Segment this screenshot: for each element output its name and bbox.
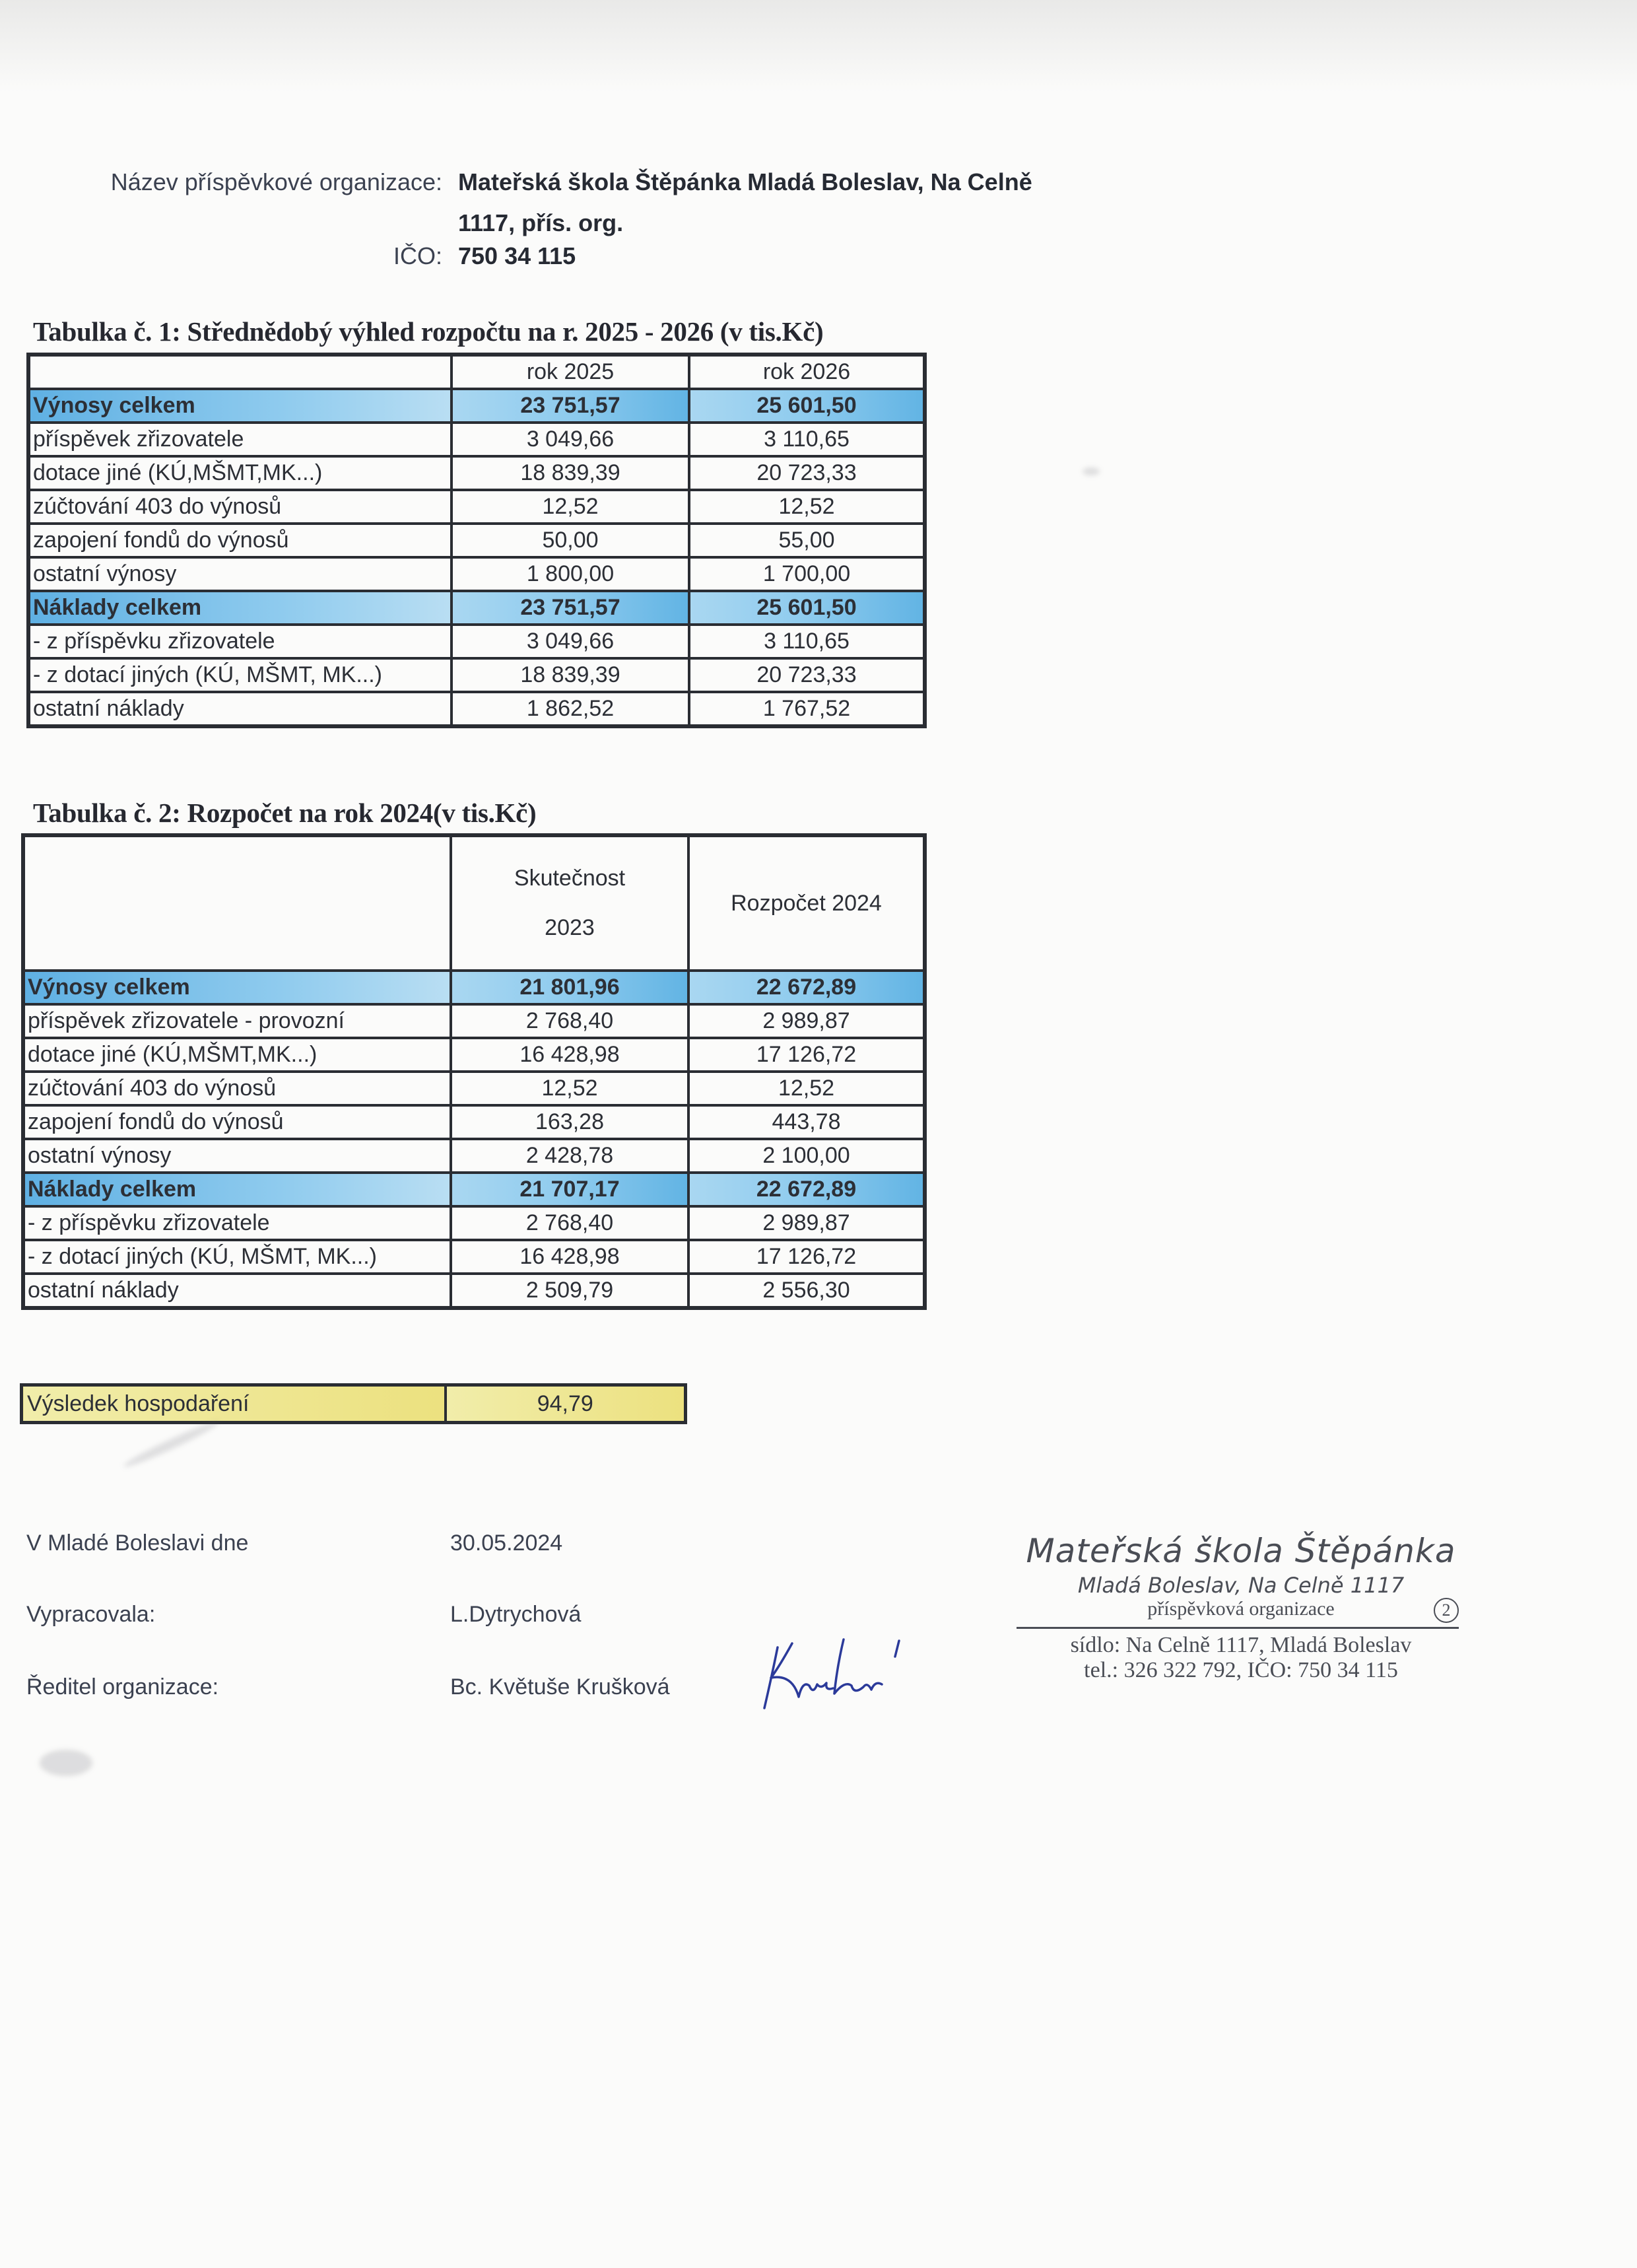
value-cell: 23 751,57 <box>451 591 689 625</box>
value-cell: 12,52 <box>689 490 925 524</box>
value-cell: 22 672,89 <box>688 1173 925 1206</box>
table-row: - z dotací jiných (KÚ, MŠMT, MK...)16 42… <box>23 1240 925 1274</box>
table-header-row: rok 2025 rok 2026 <box>28 355 925 389</box>
table1-midterm-outlook: rok 2025 rok 2026 Výnosy celkem23 751,57… <box>26 353 927 728</box>
header-cell: rok 2026 <box>689 355 925 389</box>
value-cell: 3 049,66 <box>451 625 689 658</box>
table-row: zúčtování 403 do výnosů12,5212,52 <box>28 490 925 524</box>
value-cell: 2 428,78 <box>451 1139 688 1173</box>
header-line: Skutečnost <box>455 857 685 900</box>
organization-stamp: Mateřská škola Štěpánka Mladá Boleslav, … <box>1010 1532 1472 1683</box>
table-row: - z příspěvku zřizovatele3 049,663 110,6… <box>28 625 925 658</box>
header-cell <box>28 355 451 389</box>
row-label: - z příspěvku zřizovatele <box>28 625 451 658</box>
scan-smudge <box>40 1750 92 1776</box>
row-label: - z dotací jiných (KÚ, MŠMT, MK...) <box>28 658 451 692</box>
ico-value: 750 34 115 <box>458 242 576 270</box>
value-cell: 1 862,52 <box>451 692 689 726</box>
value-cell: 12,52 <box>451 1072 688 1105</box>
value-cell: 2 989,87 <box>688 1004 925 1038</box>
value-cell: 55,00 <box>689 524 925 557</box>
total-row: Náklady celkem23 751,5725 601,50 <box>28 591 925 625</box>
row-label: příspěvek zřizovatele - provozní <box>23 1004 451 1038</box>
row-label: zapojení fondů do výnosů <box>28 524 451 557</box>
result-label: Výsledek hospodaření <box>22 1385 446 1423</box>
value-cell: 3 110,65 <box>689 423 925 456</box>
value-cell: 50,00 <box>451 524 689 557</box>
date-value: 30.05.2024 <box>450 1530 562 1556</box>
stamp-number-icon: 2 <box>1434 1598 1459 1623</box>
table-row: příspěvek zřizovatele - provozní2 768,40… <box>23 1004 925 1038</box>
stamp-name: Mateřská škola Štěpánka <box>1010 1532 1472 1570</box>
total-row: Výnosy celkem21 801,9622 672,89 <box>23 971 925 1004</box>
row-label: Výnosy celkem <box>28 389 451 423</box>
place-label: V Mladé Boleslavi dne <box>26 1530 248 1556</box>
value-cell: 18 839,39 <box>451 658 689 692</box>
value-cell: 18 839,39 <box>451 456 689 490</box>
row-label: příspěvek zřizovatele <box>28 423 451 456</box>
row-label: dotace jiné (KÚ,MŠMT,MK...) <box>23 1038 451 1072</box>
header-cell-actual-2023: Skutečnost 2023 <box>451 835 688 971</box>
value-cell: 2 989,87 <box>688 1206 925 1240</box>
scan-smudge <box>122 1418 222 1470</box>
prepared-label: Vypracovala: <box>26 1602 155 1628</box>
total-row: Výnosy celkem23 751,5725 601,50 <box>28 389 925 423</box>
value-cell: 443,78 <box>688 1105 925 1139</box>
value-cell: 16 428,98 <box>451 1038 688 1072</box>
value-cell: 21 707,17 <box>451 1173 688 1206</box>
table-row: ostatní výnosy2 428,782 100,00 <box>23 1139 925 1173</box>
table-row: zapojení fondů do výnosů163,28443,78 <box>23 1105 925 1139</box>
table-row: zúčtování 403 do výnosů12,5212,52 <box>23 1072 925 1105</box>
row-label: ostatní náklady <box>23 1274 451 1308</box>
value-cell: 3 049,66 <box>451 423 689 456</box>
row-label: zúčtování 403 do výnosů <box>28 490 451 524</box>
row-label: zapojení fondů do výnosů <box>23 1105 451 1139</box>
row-label: ostatní výnosy <box>28 557 451 591</box>
stamp-contact: tel.: 326 322 792, IČO: 750 34 115 <box>1010 1658 1472 1683</box>
row-label: - z dotací jiných (KÚ, MŠMT, MK...) <box>23 1240 451 1274</box>
director-name: Bc. Květuše Krušková <box>450 1674 670 1700</box>
value-cell: 17 126,72 <box>688 1240 925 1274</box>
value-cell: 1 800,00 <box>451 557 689 591</box>
value-cell: 20 723,33 <box>689 658 925 692</box>
header-cell <box>23 835 451 971</box>
stamp-type-text: příspěvková organizace <box>1147 1598 1335 1620</box>
row-label: Náklady celkem <box>28 591 451 625</box>
value-cell: 23 751,57 <box>451 389 689 423</box>
table-row: zapojení fondů do výnosů50,0055,00 <box>28 524 925 557</box>
table-row: dotace jiné (KÚ,MŠMT,MK...)16 428,9817 1… <box>23 1038 925 1072</box>
value-cell: 1 767,52 <box>689 692 925 726</box>
stamp-type: příspěvková organizace 2 <box>1010 1598 1472 1620</box>
value-cell: 3 110,65 <box>689 625 925 658</box>
table-row: - z příspěvku zřizovatele2 768,402 989,8… <box>23 1206 925 1240</box>
table1-title: Tabulka č. 1: Střednědobý výhled rozpočt… <box>33 316 823 347</box>
value-cell: 2 509,79 <box>451 1274 688 1308</box>
value-cell: 2 556,30 <box>688 1274 925 1308</box>
table-row: dotace jiné (KÚ,MŠMT,MK...)18 839,3920 7… <box>28 456 925 490</box>
table-header-row: Skutečnost 2023 Rozpočet 2024 <box>23 835 925 971</box>
table-row: - z dotací jiných (KÚ, MŠMT, MK...)18 83… <box>28 658 925 692</box>
value-cell: 163,28 <box>451 1105 688 1139</box>
ico-label: IČO: <box>0 242 442 270</box>
value-cell: 2 768,40 <box>451 1004 688 1038</box>
row-label: Výnosy celkem <box>23 971 451 1004</box>
table-row: ostatní výnosy1 800,001 700,00 <box>28 557 925 591</box>
value-cell: 12,52 <box>451 490 689 524</box>
scan-shadow <box>0 0 1637 92</box>
org-name-line1: Mateřská škola Štěpánka Mladá Boleslav, … <box>458 168 1032 196</box>
row-label: ostatní náklady <box>28 692 451 726</box>
row-label: dotace jiné (KÚ,MŠMT,MK...) <box>28 456 451 490</box>
result-value: 94,79 <box>446 1385 686 1423</box>
director-label: Ředitel organizace: <box>26 1674 218 1700</box>
value-cell: 21 801,96 <box>451 971 688 1004</box>
row-label: ostatní výnosy <box>23 1139 451 1173</box>
org-name-line2: 1117, přís. org. <box>458 209 623 237</box>
header-line: 2023 <box>455 907 685 949</box>
row-label: zúčtování 403 do výnosů <box>23 1072 451 1105</box>
header-cell: rok 2025 <box>451 355 689 389</box>
value-cell: 25 601,50 <box>689 389 925 423</box>
stamp-address: Mladá Boleslav, Na Celně 1117 <box>1010 1573 1472 1598</box>
table2-budget-2024: Skutečnost 2023 Rozpočet 2024 Výnosy cel… <box>21 833 927 1310</box>
table-row: ostatní náklady2 509,792 556,30 <box>23 1274 925 1308</box>
value-cell: 2 768,40 <box>451 1206 688 1240</box>
row-label: - z příspěvku zřizovatele <box>23 1206 451 1240</box>
value-cell: 2 100,00 <box>688 1139 925 1173</box>
total-row: Náklady celkem21 707,1722 672,89 <box>23 1173 925 1206</box>
scan-smudge <box>1083 467 1100 475</box>
handwritten-signature-icon <box>752 1634 911 1713</box>
value-cell: 22 672,89 <box>688 971 925 1004</box>
table-row: příspěvek zřizovatele3 049,663 110,65 <box>28 423 925 456</box>
org-label: Název příspěvkové organizace: <box>0 168 442 196</box>
value-cell: 16 428,98 <box>451 1240 688 1274</box>
value-cell: 25 601,50 <box>689 591 925 625</box>
value-cell: 1 700,00 <box>689 557 925 591</box>
value-cell: 20 723,33 <box>689 456 925 490</box>
row-label: Náklady celkem <box>23 1173 451 1206</box>
table2-title: Tabulka č. 2: Rozpočet na rok 2024(v tis… <box>33 797 536 829</box>
prepared-by: L.Dytrychová <box>450 1602 581 1628</box>
value-cell: 17 126,72 <box>688 1038 925 1072</box>
stamp-seat: sídlo: Na Celně 1117, Mladá Boleslav <box>1010 1633 1472 1658</box>
value-cell: 12,52 <box>688 1072 925 1105</box>
header-cell-budget-2024: Rozpočet 2024 <box>688 835 925 971</box>
result-table: Výsledek hospodaření 94,79 <box>20 1383 687 1424</box>
result-row: Výsledek hospodaření 94,79 <box>22 1385 686 1423</box>
table-row: ostatní náklady1 862,521 767,52 <box>28 692 925 726</box>
stamp-divider <box>1017 1627 1459 1629</box>
